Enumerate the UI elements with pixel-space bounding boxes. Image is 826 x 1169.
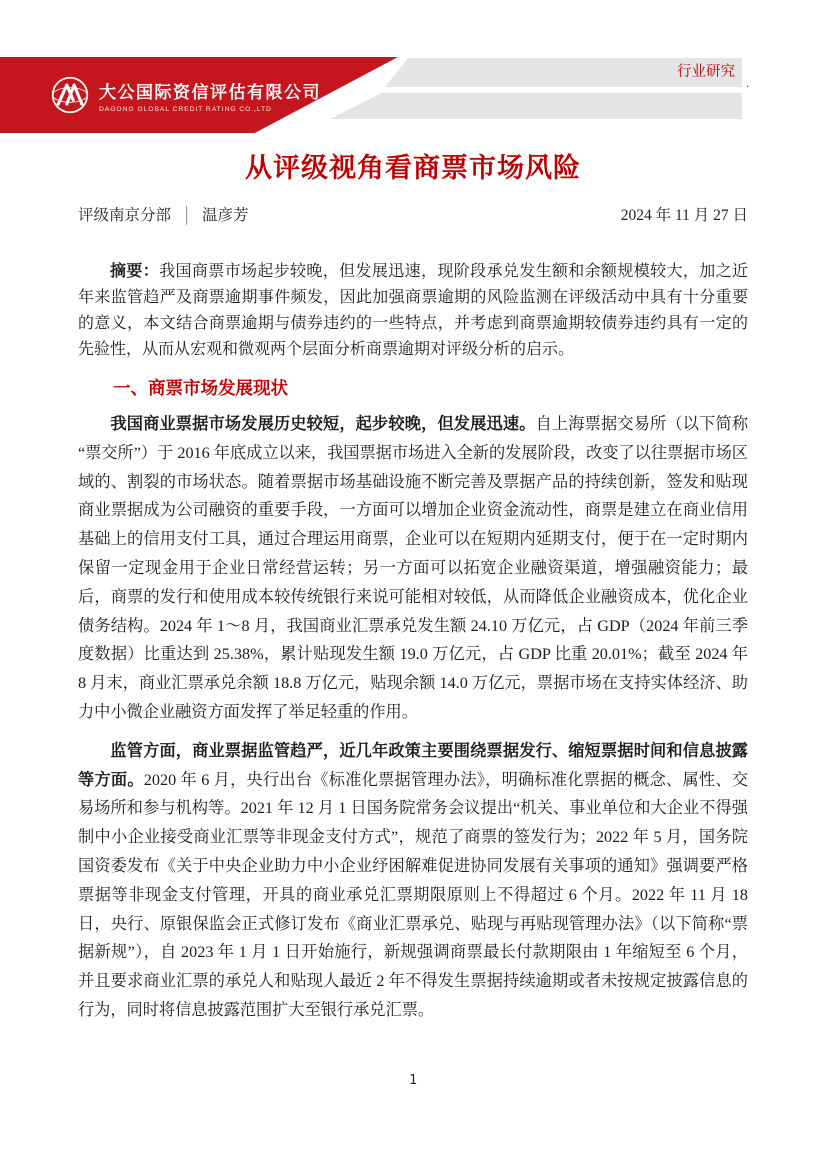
abstract-label: 摘要：	[110, 263, 159, 280]
byline-row: 评级南京分部│温彦芳 2024 年 11 月 27 日	[78, 203, 748, 225]
dagong-globe-icon	[50, 75, 90, 115]
section-heading: 一、商票市场发展现状	[78, 375, 748, 400]
header-stripe-bottom	[330, 93, 742, 119]
company-logo: 大公国际资信评估有限公司 DAGONG GLOBAL CREDIT RATING…	[0, 75, 321, 115]
abstract-text: 我国商票市场起步较晚，但发展迅速，现阶段承兑发生额和余额规模较大，加之近年来监管…	[78, 263, 748, 358]
paragraph-1-text: 自上海票据交易所（以下简称“票交所”）于 2016 年底成立以来，我国票据市场进…	[78, 415, 748, 721]
company-name-en: DAGONG GLOBAL CREDIT RATING CO.,LTD	[99, 106, 321, 113]
byline-department: 评级南京分部	[78, 207, 171, 224]
report-title: 从评级视角看商票市场风险	[78, 146, 748, 185]
report-body: 从评级视角看商票市场风险 评级南京分部│温彦芳 2024 年 11 月 27 日…	[78, 133, 748, 1025]
page-number: 1	[0, 1073, 826, 1088]
byline-author: 温彦芳	[202, 207, 249, 224]
company-name-cn: 大公国际资信评估有限公司	[99, 78, 321, 103]
logo-text: 大公国际资信评估有限公司 DAGONG GLOBAL CREDIT RATING…	[99, 78, 321, 113]
header-stripe-top: 行业研究	[385, 58, 742, 87]
brand-banner: 大公国际资信评估有限公司 DAGONG GLOBAL CREDIT RATING…	[0, 57, 398, 133]
abstract-paragraph: 摘要：我国商票市场起步较晚，但发展迅速，现阶段承兑发生额和余额规模较大，加之近年…	[78, 259, 748, 363]
byline-separator: │	[181, 207, 192, 224]
document-page: 大公国际资信评估有限公司 DAGONG GLOBAL CREDIT RATING…	[0, 0, 826, 1169]
report-category-label: 行业研究	[677, 58, 735, 87]
byline-author-block: 评级南京分部│温彦芳	[78, 203, 249, 225]
paragraph-1: 我国商业票据市场发展历史较短，起步较晚，但发展迅速。自上海票据交易所（以下简称“…	[78, 410, 748, 727]
paragraph-2: 监管方面，商业票据监管趋严，近几年政策主要围绕票据发行、缩短票据时间和信息披露等…	[78, 737, 748, 1025]
scan-artifact-tick	[13, 143, 17, 150]
paragraph-2-text: 2020 年 6 月，央行出台《标准化票据管理办法》，明确标准化票据的概念、属性…	[78, 771, 748, 1019]
report-date: 2024 年 11 月 27 日	[621, 203, 748, 225]
paragraph-1-lead: 我国商业票据市场发展历史较短，起步较晚，但发展迅速。	[110, 415, 535, 433]
stray-dot-artifact: .	[746, 76, 749, 91]
